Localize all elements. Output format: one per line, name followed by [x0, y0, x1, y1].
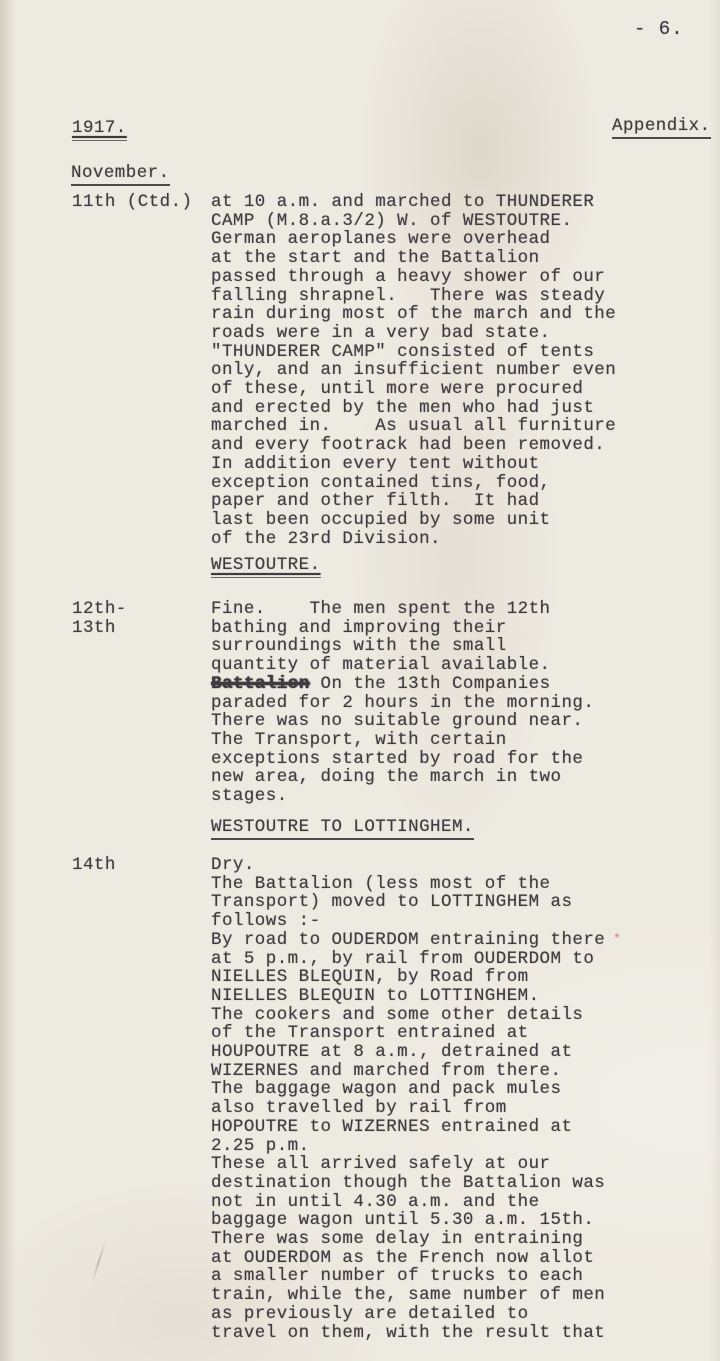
entry-body-after-strike-inline: On the 13th Companies — [310, 674, 551, 694]
month-heading: November. — [71, 164, 170, 186]
section-heading-westoutre-text: WESTOUTRE. — [211, 556, 321, 578]
struck-out-word: Battalion — [211, 674, 310, 694]
appendix-label: Appendix. — [612, 117, 711, 139]
entry-date-11th: 11th (Ctd.) — [72, 193, 192, 212]
entry-body-11th: at 10 a.m. and marched to THUNDERER CAMP… — [211, 193, 651, 548]
section-heading-westoutre-to-lottinghem-text: WESTOUTRE TO LOTTINGHEM. — [211, 818, 474, 840]
scanned-war-diary-page: - 6. 1917. Appendix. November. 11th (Ctd… — [0, 0, 720, 1361]
entry-date-14th: 14th — [72, 856, 116, 875]
section-heading-westoutre: WESTOUTRE. — [211, 556, 321, 578]
year-heading: 1917. — [72, 119, 127, 141]
entry-date-12th-13th: 12th- 13th — [72, 600, 127, 637]
entry-body-12th-13th: Fine. The men spent the 12th bathing and… — [211, 600, 651, 806]
entry-body-after-strike: paraded for 2 hours in the morning. Ther… — [211, 693, 594, 807]
year-heading-text: 1917. — [72, 119, 127, 141]
entry-body-14th: Dry. The Battalion (less most of the Tra… — [211, 856, 651, 1342]
entry-body-before-strike: Fine. The men spent the 12th bathing and… — [211, 599, 551, 675]
page-number: - 6. — [634, 20, 684, 39]
appendix-label-text: Appendix. — [612, 117, 711, 139]
red-ink-speck — [614, 933, 620, 938]
diary-entry-14th: 14th Dry. The Battalion (less most of th… — [0, 856, 720, 1342]
diary-entry-11th: 11th (Ctd.) at 10 a.m. and marched to TH… — [0, 193, 720, 548]
section-heading-westoutre-to-lottinghem: WESTOUTRE TO LOTTINGHEM. — [211, 818, 474, 840]
month-heading-text: November. — [71, 164, 170, 186]
diary-entry-12th-13th: 12th- 13th Fine. The men spent the 12th … — [0, 600, 720, 806]
